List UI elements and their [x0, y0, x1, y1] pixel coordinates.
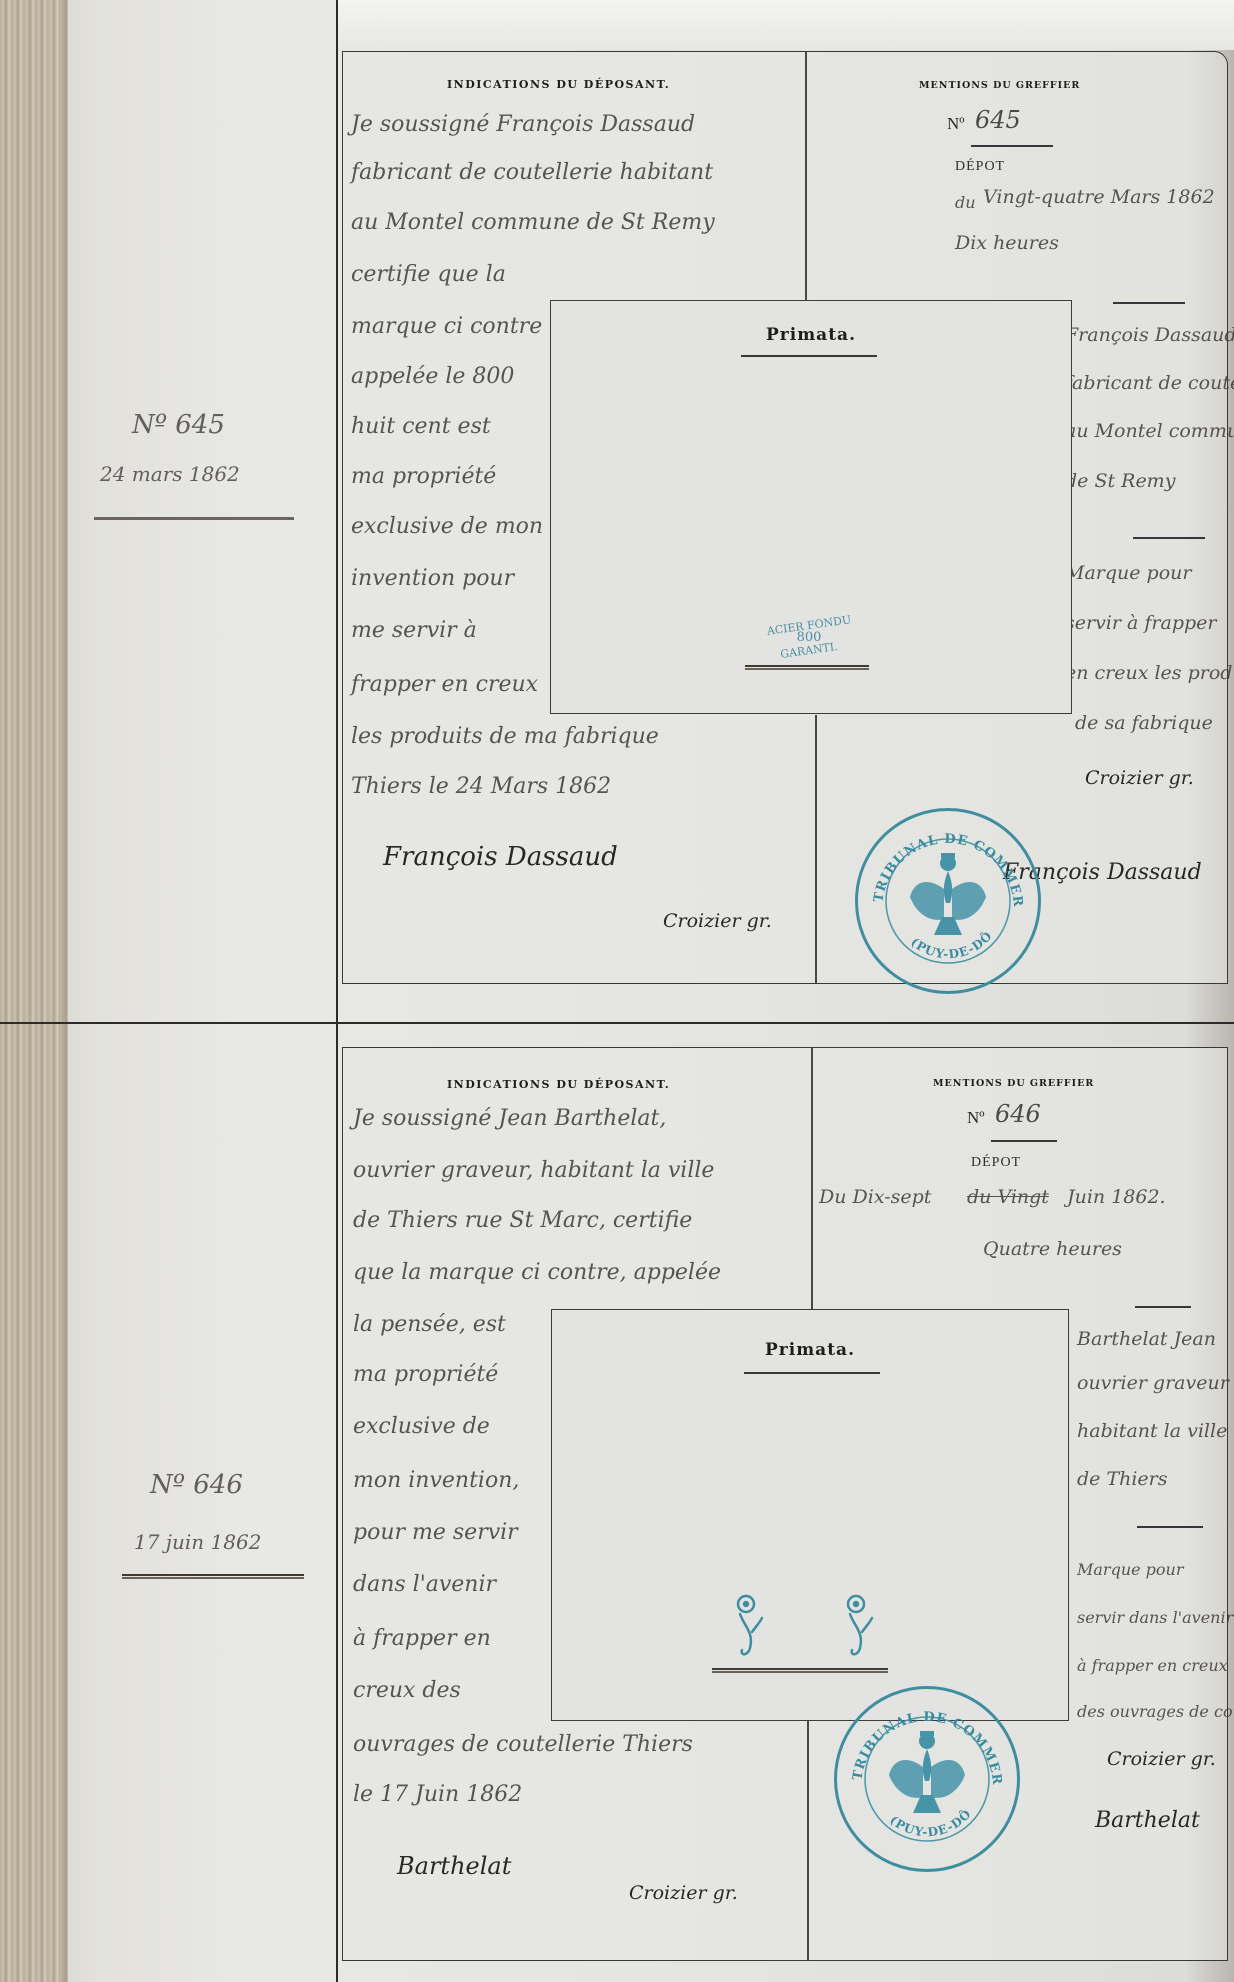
mark-underline — [712, 1668, 888, 1673]
deposant-line: frapper en creux — [351, 672, 538, 697]
deposant-line: pour me servir — [353, 1520, 518, 1545]
greffier-line: des ouvrages de coutellerie — [1077, 1702, 1234, 1721]
primata-underline — [744, 1372, 880, 1374]
clerk-signature: Croizier gr. — [663, 910, 772, 932]
margin-note-underline — [122, 1574, 304, 1579]
greffier-line: de sa fabrique — [1075, 712, 1213, 734]
deposant-line: les produits de ma fabrique — [351, 724, 659, 749]
column-divider-lower — [807, 1720, 809, 1960]
number-label: Nº — [947, 114, 965, 134]
deposant-line: me servir à — [351, 618, 477, 643]
deposant-line: appelée le 800 — [351, 364, 514, 389]
number-value: 646 — [995, 1100, 1041, 1128]
deposant-line: de Thiers rue St Marc, certifie — [353, 1208, 692, 1233]
primata-box: Primata. ACIER FONDU 800 GARANTI. — [550, 300, 1072, 714]
greffier-rule — [1135, 1306, 1191, 1308]
number-label: Nº — [967, 1108, 985, 1128]
margin-note-number: Nº 645 — [132, 410, 225, 440]
deposant-line: Thiers le 24 Mars 1862 — [351, 774, 611, 799]
deposant-header: INDICATIONS DU DÉPOSANT. — [447, 1078, 670, 1091]
greffier-rule — [1137, 1526, 1203, 1528]
greffier-header: MENTIONS DU GREFFIER — [933, 1078, 1094, 1089]
greffier-deposant-signature: Barthelat — [1095, 1808, 1200, 1833]
mark-underline — [745, 665, 869, 670]
primata-box: Primata. — [551, 1309, 1069, 1721]
greffier-line: habitant la ville — [1077, 1420, 1227, 1442]
number-underline — [991, 1140, 1057, 1142]
margin-note-date: 17 juin 1862 — [134, 1530, 261, 1554]
number-underline — [971, 145, 1053, 147]
primata-title: Primata. — [552, 1340, 1068, 1360]
stamp-seal-icon: TRIBUNAL DE COMMERCE DE THIERS (PUY-DE-D… — [837, 1689, 1017, 1869]
greffier-line: François Dassaud — [1065, 324, 1234, 346]
deposant-line: exclusive de — [353, 1414, 490, 1439]
greffier-line: servir à frapper — [1065, 612, 1216, 634]
margin-note-date: 24 mars 1862 — [100, 462, 240, 486]
greffier-header: MENTIONS DU GREFFIER — [919, 80, 1080, 91]
deposant-line: fabricant de coutellerie habitant — [351, 160, 713, 185]
deposant-line: que la marque ci contre, appelée — [353, 1260, 721, 1285]
number-value: 645 — [975, 106, 1021, 134]
greffier-line: de St Remy — [1065, 470, 1175, 492]
deposant-line: mon invention, — [353, 1468, 519, 1493]
greffier-line: en creux les produits — [1065, 662, 1234, 684]
page-top-band — [338, 0, 1234, 50]
tribunal-stamp: TRIBUNAL DE COMMERCE DE THIERS (PUY-DE-D… — [834, 1686, 1020, 1872]
greffier-line: ouvrier graveur — [1077, 1372, 1229, 1394]
margin-rule — [336, 0, 338, 1982]
deposant-line: ma propriété — [351, 464, 496, 489]
deposant-line: dans l'avenir — [353, 1572, 496, 1597]
deposant-line: Je soussigné François Dassaud — [351, 112, 695, 137]
greffier-line: à frapper en creux — [1077, 1656, 1228, 1675]
greffier-line: Marque pour — [1065, 562, 1191, 584]
deposant-line: ouvrages de coutellerie Thiers — [353, 1732, 693, 1757]
deposant-line: exclusive de mon — [351, 514, 543, 539]
deposant-line: à frapper en — [353, 1626, 491, 1651]
deposant-line: Je soussigné Jean Barthelat, — [353, 1106, 666, 1131]
primata-title: Primata. — [551, 325, 1071, 345]
depot-date-prefix: du — [955, 193, 976, 212]
column-divider-lower — [815, 715, 817, 983]
deposant-line: huit cent est — [351, 414, 491, 439]
deposant-line: ma propriété — [353, 1362, 498, 1387]
deposant-signature: Barthelat — [397, 1852, 511, 1880]
greffier-rule — [1133, 537, 1205, 539]
flower-mark-icon — [840, 1592, 880, 1662]
depot-date-struck: du Vingt — [967, 1186, 1049, 1208]
deposant-header: INDICATIONS DU DÉPOSANT. — [447, 78, 670, 91]
book-binding-gutter — [0, 0, 68, 1982]
register-page: Nº 645 24 mars 1862 INDICATIONS DU DÉPOS… — [0, 0, 1234, 1982]
depot-time: Quatre heures — [983, 1238, 1122, 1260]
tribunal-stamp: TRIBUNAL DE COMMERCE DE THIERS (PUY-DE-D… — [855, 808, 1041, 994]
deposant-line: creux des — [353, 1678, 461, 1703]
greffier-line: Barthelat Jean — [1077, 1328, 1216, 1350]
stamp-seal-icon: TRIBUNAL DE COMMERCE DE THIERS (PUY-DE-D… — [858, 811, 1038, 991]
deposant-line: certifie que la — [351, 262, 506, 287]
deposant-line: ouvrier graveur, habitant la ville — [353, 1158, 714, 1183]
deposant-line: invention pour — [351, 566, 514, 591]
deposant-line: au Montel commune de St Remy — [351, 210, 715, 235]
column-divider — [805, 52, 807, 302]
section-divider — [0, 1022, 1234, 1024]
deposant-line: le 17 Juin 1862 — [353, 1782, 522, 1807]
depot-date-prefix: Du Dix-sept — [819, 1186, 931, 1208]
greffier-line: servir dans l'avenir — [1077, 1608, 1233, 1627]
deposant-signature: François Dassaud — [383, 842, 618, 872]
greffier-line: fabricant de coutellerie — [1065, 372, 1234, 394]
greffier-rule — [1113, 302, 1185, 304]
depot-label: DÉPOT — [971, 1155, 1021, 1171]
margin-note-underline — [94, 517, 294, 520]
deposant-line: la pensée, est — [353, 1312, 506, 1337]
margin-note-number: Nº 646 — [150, 1470, 243, 1500]
deposant-line: marque ci contre — [351, 314, 542, 339]
flower-mark-icon — [730, 1592, 770, 1662]
greffier-clerk-signature: Croizier gr. — [1107, 1748, 1216, 1770]
greffier-line: de Thiers — [1077, 1468, 1168, 1490]
clerk-signature: Croizier gr. — [629, 1882, 738, 1904]
column-divider — [811, 1048, 813, 1312]
greffier-line: Marque pour — [1077, 1560, 1184, 1579]
depot-date: Vingt-quatre Mars 1862 — [983, 186, 1215, 208]
depot-label: DÉPOT — [955, 159, 1005, 175]
depot-date: Juin 1862. — [1067, 1186, 1166, 1208]
greffier-line: au Montel commune — [1065, 420, 1234, 442]
trademark-acier-fondu: ACIER FONDU 800 GARANTI. — [751, 619, 867, 657]
depot-time: Dix heures — [955, 232, 1059, 254]
greffier-clerk-signature: Croizier gr. — [1085, 767, 1194, 789]
primata-underline — [741, 355, 877, 357]
